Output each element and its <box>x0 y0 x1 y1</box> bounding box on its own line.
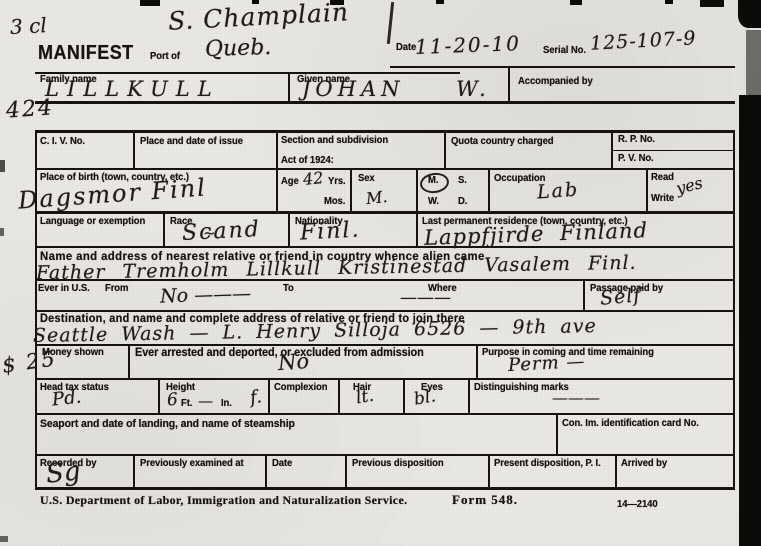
sex-label: Sex <box>358 173 375 184</box>
col-line <box>556 413 558 456</box>
in-label: In. <box>221 398 232 409</box>
sub-line <box>613 150 733 151</box>
row-line <box>35 454 735 456</box>
money-shown-value: $ 25 <box>1 346 59 377</box>
race-value: Scand <box>181 217 261 246</box>
purpose-value: Perm — <box>508 351 586 376</box>
col-line <box>338 378 340 414</box>
mos-label: Mos. <box>324 196 345 207</box>
port-value: Queb. <box>205 35 272 62</box>
marital-m-label: M. <box>428 175 438 186</box>
exam-date-label: Date <box>272 458 292 469</box>
manifest-card-scan: 3 cl S. Champlain MANIFEST Port of Queb.… <box>0 0 761 546</box>
rule <box>390 66 735 68</box>
previous-disposition-label: Previous disposition <box>352 458 444 469</box>
row-line <box>35 310 735 312</box>
ever-in-us-label: Ever in U.S. <box>38 283 90 294</box>
col-line <box>444 130 446 170</box>
col-line <box>128 344 130 379</box>
scan-artifact <box>739 95 761 546</box>
class-notation: 3 cl <box>9 13 47 39</box>
port-of-label: Port of <box>150 51 180 62</box>
date-value: 11-20-10 <box>415 31 522 59</box>
date-label: Date <box>396 42 416 53</box>
present-disposition-label: Present disposition, P. I. <box>494 458 601 469</box>
family-name-value: LILLKULL <box>45 77 220 101</box>
agency-footer: U.S. Department of Labor, Immigration an… <box>40 493 407 508</box>
act-1924-label: Act of 1924: <box>281 155 334 166</box>
col-line <box>615 454 617 488</box>
sex-value: M. <box>365 187 388 208</box>
rule <box>508 67 510 103</box>
serial-no-value: 125-107-9 <box>589 27 696 55</box>
col-line <box>276 130 278 170</box>
rule <box>35 101 735 104</box>
marital-s-label: S. <box>458 175 467 186</box>
height-ft-value: 6 <box>166 390 179 411</box>
ship-name: S. Champlain <box>167 0 349 36</box>
language-exemption-label: Language or exemption <box>40 216 145 227</box>
scan-artifact <box>700 0 724 7</box>
row-line <box>35 413 735 415</box>
civ-no-label: C. I. V. No. <box>40 136 85 147</box>
row-line <box>35 246 735 248</box>
from-value: No ——— <box>160 282 252 307</box>
scan-artifact <box>140 0 160 6</box>
col-line <box>646 168 648 213</box>
scan-artifact <box>746 30 761 96</box>
row-line <box>35 168 735 170</box>
serial-no-label: Serial No. <box>543 45 586 56</box>
col-line <box>583 279 585 310</box>
previously-examined-label: Previously examined at <box>140 458 244 469</box>
write-label: Write <box>651 193 674 204</box>
head-tax-value: Pd. <box>51 387 82 411</box>
col-line <box>488 168 490 213</box>
scan-artifact <box>436 0 444 4</box>
form-number: Form 548. <box>452 492 518 508</box>
read-write-value: yes <box>674 173 705 198</box>
row-line <box>35 211 735 214</box>
age-label: Age <box>281 176 299 187</box>
scan-artifact <box>0 160 5 172</box>
arrived-by-label: Arrived by <box>621 458 667 469</box>
read-label: Read <box>651 172 674 183</box>
recorded-by-value: Sg <box>45 456 82 489</box>
rule <box>288 72 290 103</box>
col-line <box>288 211 290 246</box>
age-value: 42 <box>302 168 324 189</box>
print-code: 14—2140 <box>617 499 658 510</box>
scan-artifact <box>665 0 673 4</box>
yrs-label: Yrs. <box>328 176 346 187</box>
col-line <box>276 168 278 213</box>
complexion-label: Complexion <box>274 382 327 393</box>
rule <box>35 72 460 74</box>
ft-label: Ft. <box>181 398 192 409</box>
col-line <box>133 130 135 170</box>
table-border <box>35 130 735 133</box>
col-line <box>476 344 478 379</box>
pv-no-label: P. V. No. <box>618 153 654 164</box>
marital-w-label: W. <box>428 196 439 207</box>
place-date-issue-label: Place and date of issue <box>140 136 243 147</box>
col-line <box>163 211 165 246</box>
given-name-value: JOHAN W. <box>302 77 491 101</box>
manifest-title: MANIFEST <box>38 42 134 65</box>
passage-paid-value: Self <box>599 284 642 310</box>
ever-arrested-value: No <box>277 349 310 375</box>
seaport-landing-label: Seaport and date of landing, and name of… <box>40 418 295 430</box>
quota-country-label: Quota country charged <box>451 136 554 147</box>
scan-artifact <box>0 536 8 542</box>
col-line <box>416 211 418 246</box>
scan-artifact <box>570 0 582 5</box>
con-im-card-label: Con. Im. identification card No. <box>562 418 699 429</box>
col-line <box>350 168 352 213</box>
stray-pen-mark <box>387 2 394 44</box>
col-line <box>468 378 470 414</box>
to-label: To <box>283 283 294 294</box>
scan-artifact <box>0 228 4 236</box>
col-line <box>268 378 270 414</box>
col-line <box>133 454 135 488</box>
nationality-value: Finl. <box>299 217 361 245</box>
rp-no-label: R. P. No. <box>618 134 655 145</box>
ref-number: 424 <box>5 95 55 123</box>
eyes-value: bl. <box>412 386 437 409</box>
col-line <box>488 454 490 488</box>
col-line <box>416 168 418 213</box>
row-line <box>35 378 735 380</box>
col-line <box>345 454 347 488</box>
col-line <box>158 378 160 414</box>
table-border <box>35 487 735 490</box>
distinguishing-marks-value: ——— <box>552 388 600 407</box>
height-in-value: — <box>198 392 213 410</box>
complexion-value: f. <box>249 386 264 408</box>
scan-artifact <box>738 0 761 28</box>
hair-value: lt. <box>354 386 375 409</box>
col-line <box>265 454 267 488</box>
accompanied-by-label: Accompanied by <box>518 76 593 87</box>
occupation-value: Lab <box>536 179 580 204</box>
where-value: ——— <box>400 288 451 308</box>
col-line <box>403 378 405 414</box>
from-label: From <box>105 283 128 294</box>
section-subdivision-label: Section and subdivision <box>281 135 388 146</box>
marital-d-label: D. <box>458 196 467 207</box>
